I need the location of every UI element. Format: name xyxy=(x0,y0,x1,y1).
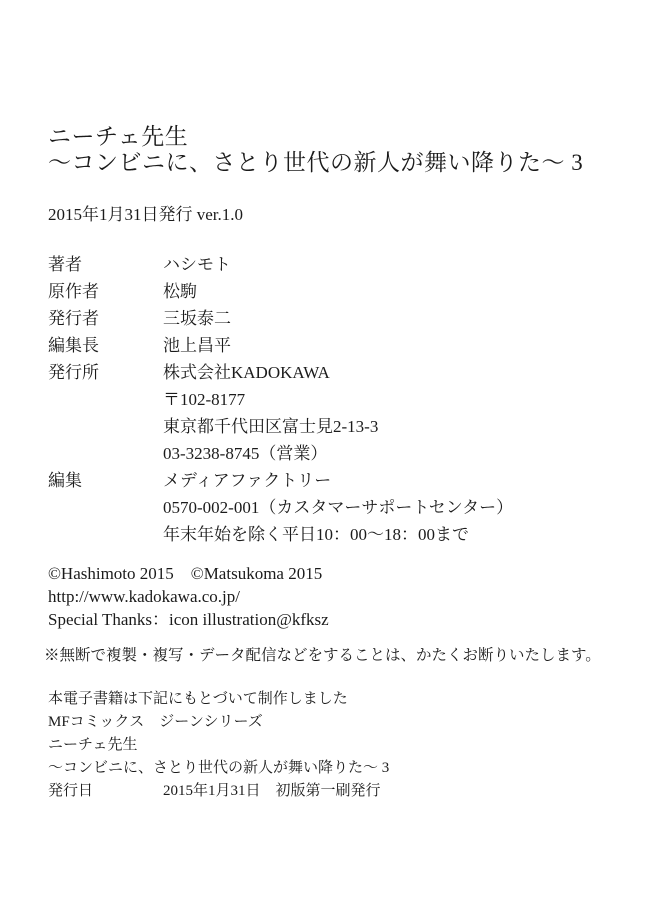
credit-row-publishing-house: 発行所 株式会社KADOKAWA xyxy=(48,359,614,386)
credit-label: 著者 xyxy=(48,251,163,278)
credit-label xyxy=(48,494,163,521)
credit-value: 池上昌平 xyxy=(163,332,614,359)
credit-label: 発行所 xyxy=(48,359,163,386)
special-thanks: Special Thanks：icon illustration@kfksz xyxy=(48,608,614,631)
book-title-line2: ～コンビニに、さとり世代の新人が舞い降りた～ 3 xyxy=(48,150,614,176)
credit-value: 三坂泰二 xyxy=(163,305,614,332)
production-block: 本電子書籍は下記にもとづいて制作しました MFコミックス ジーンシリーズ ニーチ… xyxy=(48,688,614,803)
credit-label: 発行者 xyxy=(48,305,163,332)
copyright-holders: ©Hashimoto 2015 ©Matsukoma 2015 xyxy=(48,562,614,585)
credit-value: 03-3238-8745（営業） xyxy=(163,440,614,467)
credit-row-postal-code: 〒102-8177 xyxy=(48,386,614,413)
credit-value: 0570-002-001（カスタマーサポートセンター） xyxy=(163,494,614,521)
credits-list: 著者 ハシモト 原作者 松駒 発行者 三坂泰二 編集長 池上昌平 発行所 株式会… xyxy=(48,251,614,548)
credit-row-sales-phone: 03-3238-8745（営業） xyxy=(48,440,614,467)
publication-date-version: 2015年1月31日発行 ver.1.0 xyxy=(48,203,614,227)
colophon-content: ニーチェ先生 ～コンビニに、さとり世代の新人が舞い降りた～ 3 2015年1月3… xyxy=(0,0,650,803)
reproduction-notice: ※無断で複製・複写・データ配信などをすることは、かたくお断りいたします。 xyxy=(44,645,614,667)
production-title-line2: ～コンビニに、さとり世代の新人が舞い降りた～ 3 xyxy=(48,757,614,780)
credit-row-author: 著者 ハシモト xyxy=(48,251,614,278)
credit-value: 年末年始を除く平日10：00～18：00まで xyxy=(163,521,614,548)
production-title-line1: ニーチェ先生 xyxy=(48,734,614,757)
credit-row-support-hours: 年末年始を除く平日10：00～18：00まで xyxy=(48,521,614,548)
issue-date-row: 発行日 2015年1月31日 初版第一刷発行 xyxy=(48,780,614,803)
production-intro: 本電子書籍は下記にもとづいて制作しました xyxy=(48,688,614,711)
credit-row-editing: 編集 メディアファクトリー xyxy=(48,467,614,494)
credit-label xyxy=(48,386,163,413)
credit-value: 東京都千代田区富士見2-13-3 xyxy=(163,413,614,440)
credit-label: 編集長 xyxy=(48,332,163,359)
credit-row-support-phone: 0570-002-001（カスタマーサポートセンター） xyxy=(48,494,614,521)
credit-row-address: 東京都千代田区富士見2-13-3 xyxy=(48,413,614,440)
credit-value: 松駒 xyxy=(163,278,614,305)
credit-label xyxy=(48,440,163,467)
credit-row-chief-editor: 編集長 池上昌平 xyxy=(48,332,614,359)
credit-label: 原作者 xyxy=(48,278,163,305)
book-title-line1: ニーチェ先生 xyxy=(48,124,614,150)
production-series: MFコミックス ジーンシリーズ xyxy=(48,711,614,734)
credit-value: ハシモト xyxy=(163,251,614,278)
credit-label: 編集 xyxy=(48,467,163,494)
copyright-block: ©Hashimoto 2015 ©Matsukoma 2015 http://w… xyxy=(48,562,614,631)
credit-value: メディアファクトリー xyxy=(163,467,614,494)
colophon-page: ニーチェ先生 ～コンビニに、さとり世代の新人が舞い降りた～ 3 2015年1月3… xyxy=(0,0,650,924)
credit-value: 株式会社KADOKAWA xyxy=(163,359,614,386)
issue-date-label: 発行日 xyxy=(48,780,163,803)
credit-value: 〒102-8177 xyxy=(163,386,614,413)
credit-row-publisher-person: 発行者 三坂泰二 xyxy=(48,305,614,332)
book-title: ニーチェ先生 ～コンビニに、さとり世代の新人が舞い降りた～ 3 xyxy=(48,124,614,176)
issue-date-value: 2015年1月31日 初版第一刷発行 xyxy=(163,780,614,803)
credit-row-original-author: 原作者 松駒 xyxy=(48,278,614,305)
credit-label xyxy=(48,413,163,440)
credit-label xyxy=(48,521,163,548)
publisher-url: http://www.kadokawa.co.jp/ xyxy=(48,585,614,608)
